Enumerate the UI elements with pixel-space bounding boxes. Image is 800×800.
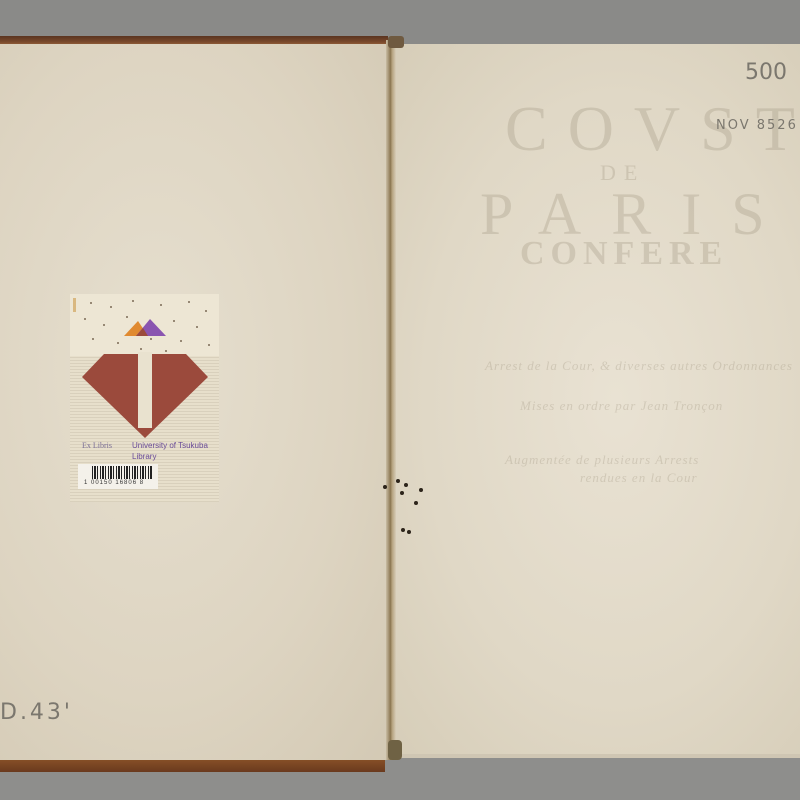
mountain-logo-icon <box>124 319 168 337</box>
exlibris-label: Ex Libris <box>82 441 112 450</box>
title-line-4: CONFERE <box>520 235 728 273</box>
title-body-line: Arrest de la Cour, & diverses autres Ord… <box>485 358 793 374</box>
book-gutter <box>386 40 396 760</box>
institution-line-1: University of Tsukuba <box>132 440 208 451</box>
institution-line-2: Library <box>132 451 208 462</box>
spine-binding-top <box>388 36 404 48</box>
title-body-line: Augmentée de plusieurs Arrests <box>505 452 699 468</box>
bottom-left-handwriting: D.43' <box>0 700 73 725</box>
title-body-line: Mises en ordre par Jean Tronçon <box>520 398 723 414</box>
diamond-emblem-icon <box>82 352 208 440</box>
institution-name: University of Tsukuba Library <box>132 440 208 462</box>
shelfmark-handwriting: 500 <box>745 60 787 85</box>
bookplate: Ex Libris University of Tsukuba Library … <box>70 294 219 502</box>
leather-cover-edge-bottom <box>0 758 385 772</box>
barcode-icon <box>92 466 152 479</box>
barcode-number: 1 00150 16806 8 <box>84 480 144 486</box>
accession-handwriting: NOV 8526 <box>716 118 798 133</box>
spine-binding-bottom <box>388 740 402 760</box>
bookplate-edge-mark <box>73 298 76 312</box>
title-body-line: rendues en la Cour <box>580 470 698 486</box>
